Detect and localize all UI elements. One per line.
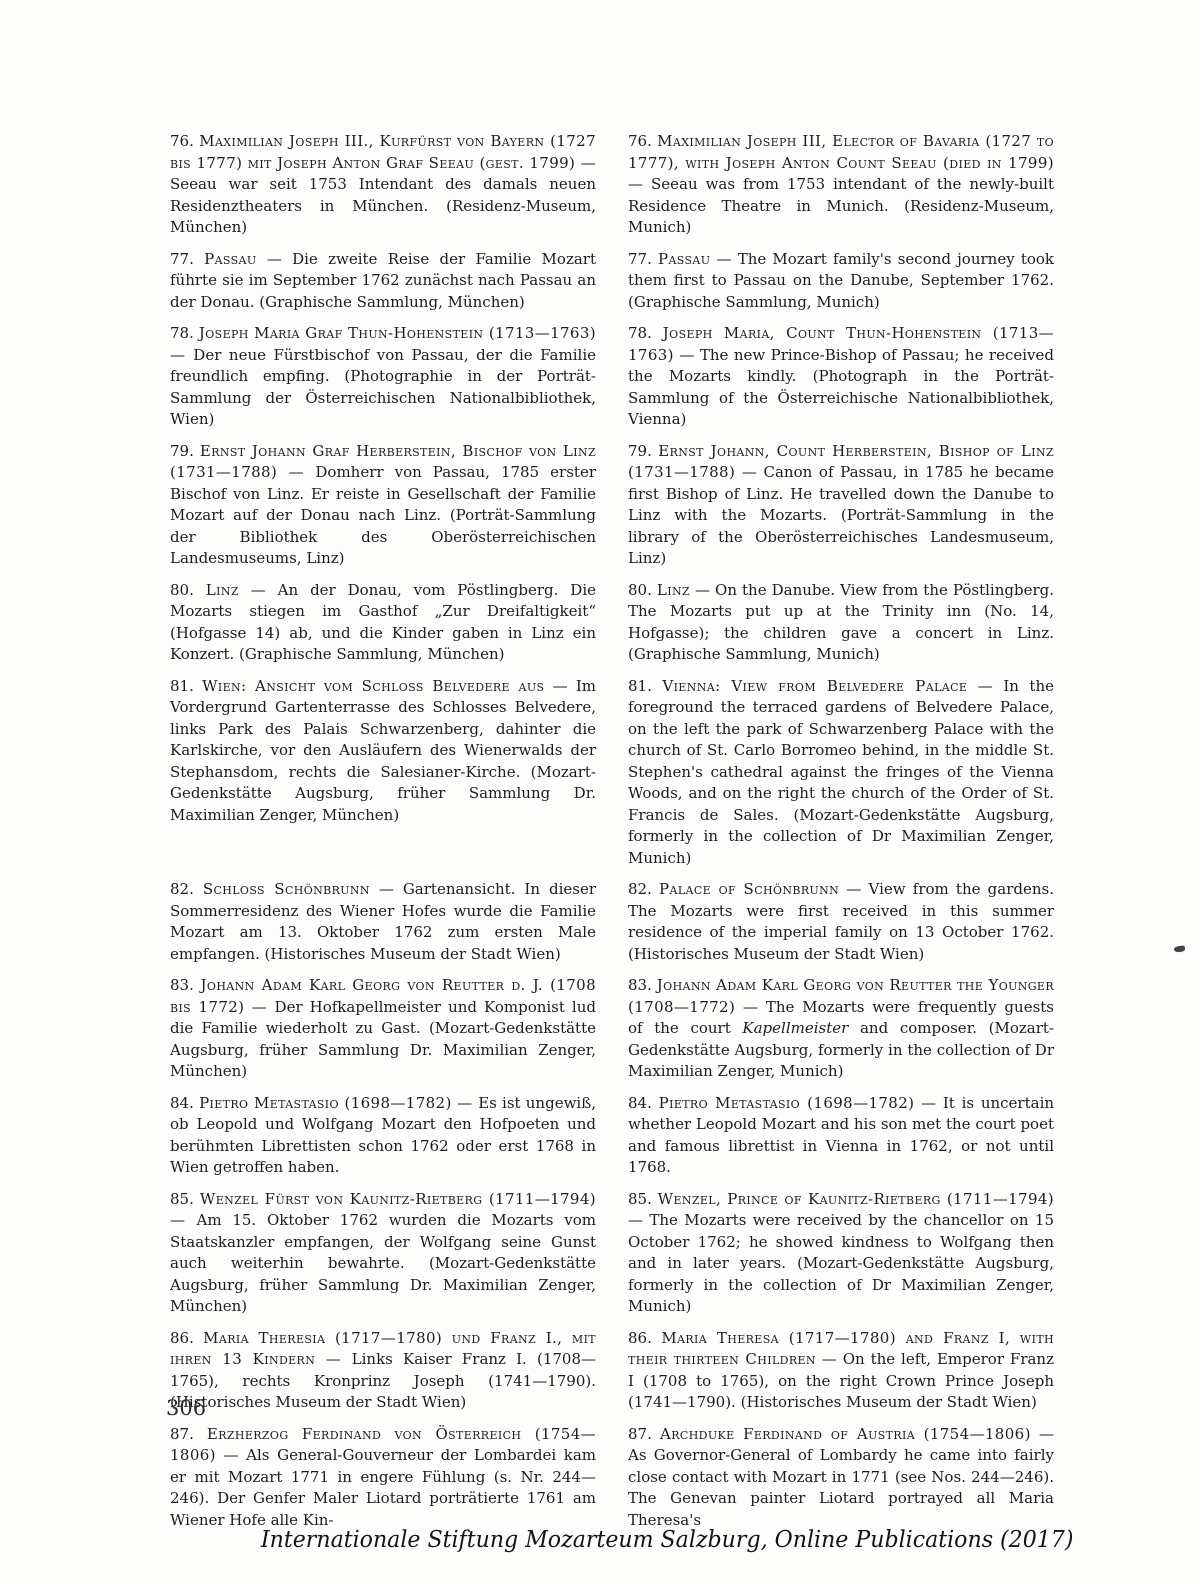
book-page: 76. Maximilian Joseph III., Kurfürst von… xyxy=(0,0,1200,1581)
entry-text: — Seeau was from 1753 intendant of the n… xyxy=(628,175,1054,236)
entry-number: 83. xyxy=(170,976,201,994)
entry-84-english: 84. Pietro Metastasio (1698—1782) — It i… xyxy=(628,1093,1054,1179)
entry-heading: Vienna: View from Belvedere Palace xyxy=(662,677,967,695)
entry-number: 77. xyxy=(628,250,658,268)
entry-78-german: 78. Joseph Maria Graf Thun-Hohenstein (1… xyxy=(170,323,596,431)
entry-number: 80. xyxy=(170,581,206,599)
entry-text: — Im Vordergrund Gartenterrasse des Schl… xyxy=(170,677,596,824)
ink-speck xyxy=(1174,945,1186,952)
entry-number: 87. xyxy=(628,1425,660,1443)
entry-row-79: 79. Ernst Johann Graf Herberstein, Bisch… xyxy=(170,441,1054,570)
entry-number: 80. xyxy=(628,581,657,599)
entry-text: Am 15. Oktober 1762 wurden die Mozarts v… xyxy=(170,1211,596,1315)
entry-heading: Wenzel, Prince of Kaunitz-Rietberg (1711… xyxy=(658,1190,1054,1208)
entry-number: 82. xyxy=(628,880,659,898)
entry-heading: Maximilian Joseph III., Kurfürst von Bay… xyxy=(170,132,596,172)
entry-number: 81. xyxy=(170,677,202,695)
entry-row-80: 80. Linz — An der Donau, vom Pöstlingber… xyxy=(170,580,1054,666)
entry-heading: Pietro Metastasio (1698—1782) — xyxy=(199,1094,478,1112)
entry-text: — On the Danube. View from the Pöstlingb… xyxy=(628,581,1054,664)
entry-heading: Schloss Schönbrunn xyxy=(203,880,370,898)
entry-78-english: 78. Joseph Maria, Count Thun-Hohenstein … xyxy=(628,323,1054,431)
entry-number: 83. xyxy=(628,976,657,994)
page-number: 306 xyxy=(166,1396,206,1420)
footer-publication-note: Internationale Stiftung Mozarteum Salzbu… xyxy=(0,1527,1152,1553)
entry-87-german: 87. Erzherzog Ferdinand von Österreich (… xyxy=(170,1424,596,1532)
entry-row-84: 84. Pietro Metastasio (1698—1782) — Es i… xyxy=(170,1093,1054,1179)
entry-number: 77. xyxy=(170,250,204,268)
entry-row-85: 85. Wenzel Fürst von Kaunitz-Rietberg (1… xyxy=(170,1189,1054,1318)
entry-row-76: 76. Maximilian Joseph III., Kurfürst von… xyxy=(170,131,1054,239)
entry-row-82: 82. Schloss Schönbrunn — Gartenansicht. … xyxy=(170,879,1054,965)
entry-76-english: 76. Maximilian Joseph III, Elector of Ba… xyxy=(628,131,1054,239)
entry-row-86: 86. Maria Theresia (1717—1780) und Franz… xyxy=(170,1328,1054,1414)
entry-number: 79. xyxy=(170,442,200,460)
entry-number: 81. xyxy=(628,677,662,695)
entry-80-german: 80. Linz — An der Donau, vom Pöstlingber… xyxy=(170,580,596,666)
entry-number: 84. xyxy=(628,1094,659,1112)
entry-text: Seeau war seit 1753 Intendant des damals… xyxy=(170,175,596,236)
entry-heading: Linz xyxy=(206,581,239,599)
entry-number: 86. xyxy=(628,1329,661,1347)
entry-77-english: 77. Passau — The Mozart family's second … xyxy=(628,249,1054,314)
entry-heading: Wien: Ansicht vom Schloss Belvedere aus xyxy=(202,677,544,695)
entry-row-81: 81. Wien: Ansicht vom Schloss Belvedere … xyxy=(170,676,1054,870)
entry-row-87: 87. Erzherzog Ferdinand von Österreich (… xyxy=(170,1424,1054,1532)
entry-82-german: 82. Schloss Schönbrunn — Gartenansicht. … xyxy=(170,879,596,965)
entry-text: Der neue Fürstbischof von Passau, der di… xyxy=(170,346,596,429)
entry-86-german: 86. Maria Theresia (1717—1780) und Franz… xyxy=(170,1328,596,1414)
entry-text: — The Mozarts were received by the chanc… xyxy=(628,1211,1054,1315)
entry-number: 78. xyxy=(628,324,663,342)
entry-number: 85. xyxy=(628,1190,658,1208)
entry-heading: Archduke Ferdinand of Austria (1754—1806… xyxy=(660,1425,1031,1443)
entry-heading: Linz xyxy=(657,581,690,599)
entries: 76. Maximilian Joseph III., Kurfürst von… xyxy=(170,131,1054,1541)
entry-text: — The new Prince-Bishop of Passau; he re… xyxy=(628,346,1054,429)
entry-row-83: 83. Johann Adam Karl Georg von Reutter d… xyxy=(170,975,1054,1083)
entry-italic-text: Kapellmeister xyxy=(742,1019,848,1037)
entry-87-english: 87. Archduke Ferdinand of Austria (1754—… xyxy=(628,1424,1054,1532)
entry-number: 84. xyxy=(170,1094,199,1112)
entry-76-german: 76. Maximilian Joseph III., Kurfürst von… xyxy=(170,131,596,239)
entry-83-english: 83. Johann Adam Karl Georg von Reutter t… xyxy=(628,975,1054,1083)
entry-row-77: 77. Passau — Die zweite Reise der Famili… xyxy=(170,249,1054,314)
entry-text: — In the foreground the terraced gardens… xyxy=(628,677,1054,867)
entry-81-german: 81. Wien: Ansicht vom Schloss Belvedere … xyxy=(170,676,596,870)
entry-number: 79. xyxy=(628,442,658,460)
entry-number: 87. xyxy=(170,1425,207,1443)
entry-number: 82. xyxy=(170,880,203,898)
entry-row-78: 78. Joseph Maria Graf Thun-Hohenstein (1… xyxy=(170,323,1054,431)
entry-heading: Maximilian Joseph III, Elector of Bavari… xyxy=(628,132,1054,172)
entry-heading: Palace of Schönbrunn xyxy=(659,880,839,898)
entry-number: 76. xyxy=(628,132,657,150)
entry-84-german: 84. Pietro Metastasio (1698—1782) — Es i… xyxy=(170,1093,596,1179)
entry-85-german: 85. Wenzel Fürst von Kaunitz-Rietberg (1… xyxy=(170,1189,596,1318)
entry-85-english: 85. Wenzel, Prince of Kaunitz-Rietberg (… xyxy=(628,1189,1054,1318)
entry-80-english: 80. Linz — On the Danube. View from the … xyxy=(628,580,1054,666)
entry-number: 86. xyxy=(170,1329,203,1347)
entry-number: 78. xyxy=(170,324,199,342)
entry-79-english: 79. Ernst Johann, Count Herberstein, Bis… xyxy=(628,441,1054,570)
entry-heading: Passau xyxy=(204,250,256,268)
entry-heading: Pietro Metastasio (1698—1782) xyxy=(659,1094,915,1112)
entry-79-german: 79. Ernst Johann Graf Herberstein, Bisch… xyxy=(170,441,596,570)
entry-86-english: 86. Maria Theresa (1717—1780) and Franz … xyxy=(628,1328,1054,1414)
entry-number: 76. xyxy=(170,132,199,150)
entry-83-german: 83. Johann Adam Karl Georg von Reutter d… xyxy=(170,975,596,1083)
entry-heading: Passau xyxy=(658,250,710,268)
entry-77-german: 77. Passau — Die zweite Reise der Famili… xyxy=(170,249,596,314)
entry-81-english: 81. Vienna: View from Belvedere Palace —… xyxy=(628,676,1054,870)
entry-number: 85. xyxy=(170,1190,200,1208)
entry-82-english: 82. Palace of Schönbrunn — View from the… xyxy=(628,879,1054,965)
entry-text: — Als General-Gouverneur der Lombardei k… xyxy=(170,1446,596,1529)
